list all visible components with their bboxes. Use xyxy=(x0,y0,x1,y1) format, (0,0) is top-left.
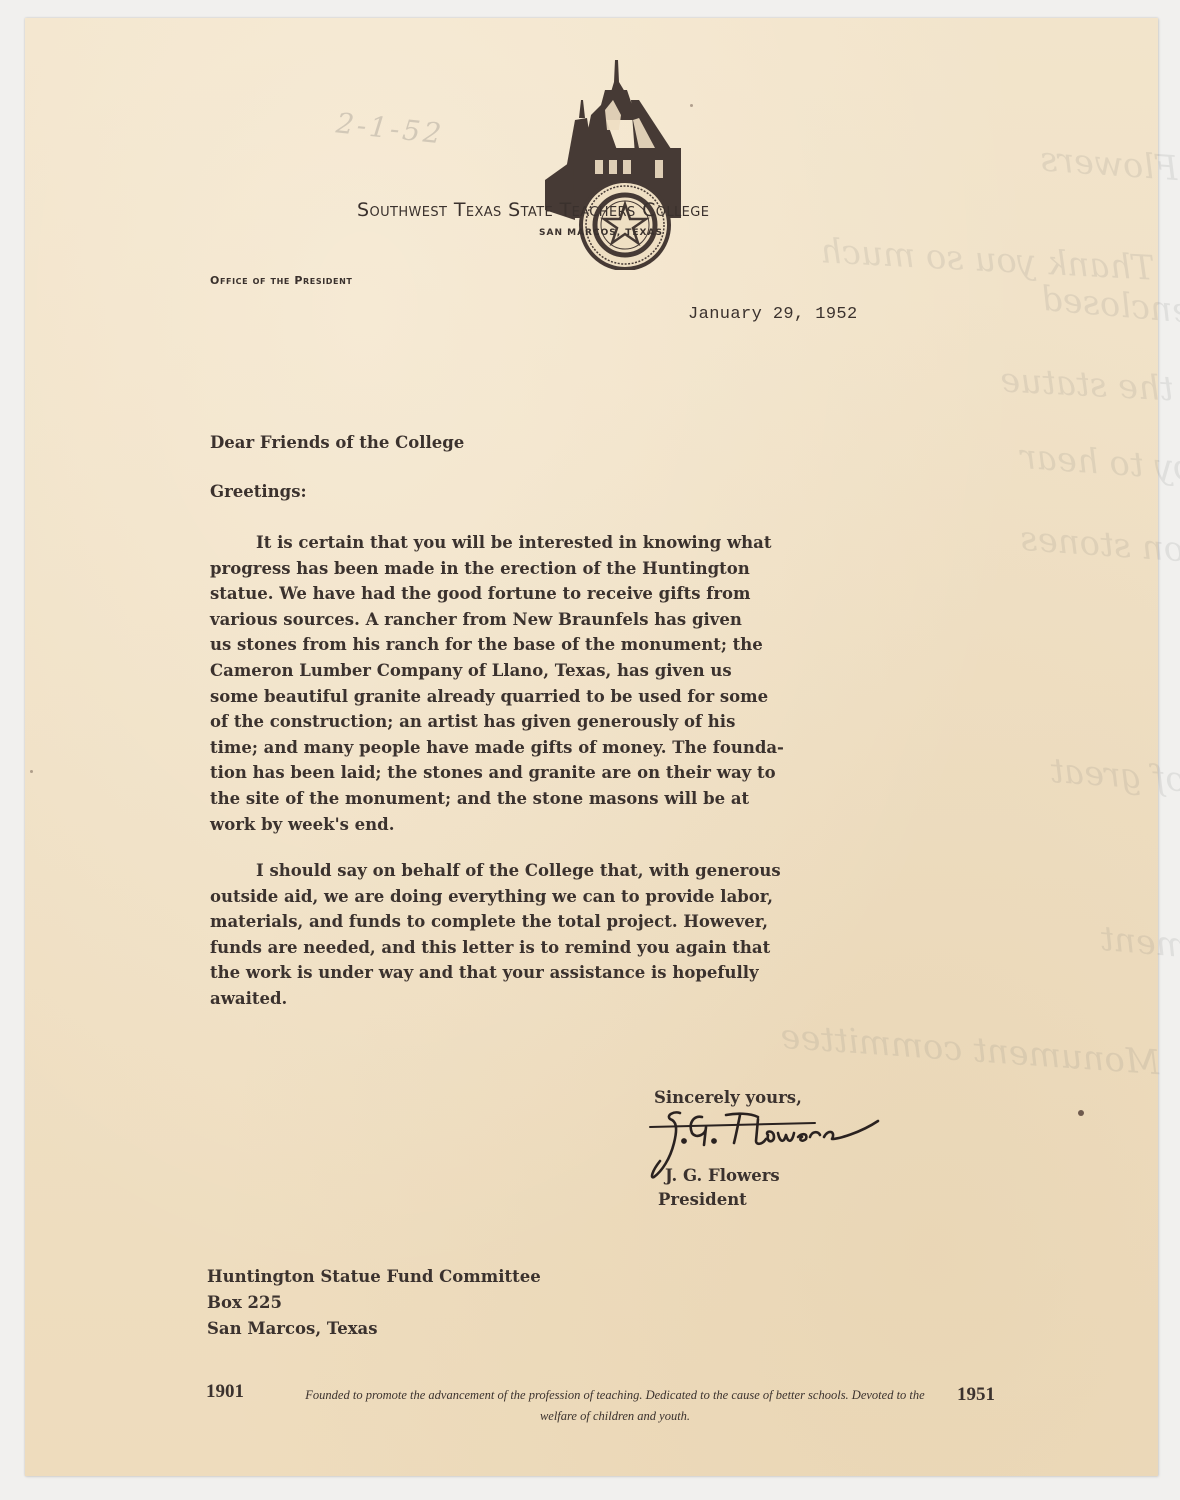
greeting: Greetings: xyxy=(210,479,307,505)
paragraph-line: materials, and funds to complete the tot… xyxy=(210,909,781,935)
signer-title: President xyxy=(658,1187,747,1213)
office-label: Office of the President xyxy=(210,274,352,287)
paragraph-line: funds are needed, and this letter is to … xyxy=(210,935,781,961)
paragraph-line: time; and many people have made gifts of… xyxy=(210,735,784,761)
address-line-3: San Marcos, Texas xyxy=(207,1316,541,1342)
paragraph-line: progress has been made in the erection o… xyxy=(210,556,784,582)
paragraph-line: the site of the monument; and the stone … xyxy=(210,786,784,812)
paper-speck xyxy=(30,770,33,773)
paragraph-line: statue. We have had the good fortune to … xyxy=(210,581,784,607)
body-paragraph-2: I should say on behalf of the College th… xyxy=(210,858,781,1012)
anniversary-year: 1951 xyxy=(957,1384,995,1406)
paragraph-line: work by week's end. xyxy=(210,812,784,838)
letter-date: January 29, 1952 xyxy=(688,305,858,324)
paper-speck xyxy=(1078,1110,1084,1116)
salutation: Dear Friends of the College xyxy=(210,430,464,456)
founding-year: 1901 xyxy=(206,1381,244,1403)
paragraph-line: Cameron Lumber Company of Llano, Texas, … xyxy=(210,658,784,684)
paragraph-line: us stones from his ranch for the base of… xyxy=(210,632,784,658)
institution-location: San Marcos, Texas xyxy=(539,228,663,238)
college-motto: Founded to promote the advancement of th… xyxy=(295,1385,935,1427)
paragraph-line: I should say on behalf of the College th… xyxy=(210,858,781,884)
paragraph-line: outside aid, we are doing everything we … xyxy=(210,884,781,910)
paragraph-line: the work is under way and that your assi… xyxy=(210,960,781,986)
college-building-seal-emblem-icon xyxy=(535,60,685,270)
paragraph-line: various sources. A rancher from New Brau… xyxy=(210,607,784,633)
paragraph-line: tion has been laid; the stones and grani… xyxy=(210,760,784,786)
paragraph-line: some beautiful granite already quarried … xyxy=(210,684,784,710)
address-line-2: Box 225 xyxy=(207,1290,541,1316)
institution-name: Southwest Texas State Teachers College xyxy=(357,199,709,221)
return-address: Huntington Statue Fund Committee Box 225… xyxy=(207,1264,541,1342)
body-paragraph-1: It is certain that you will be intereste… xyxy=(210,530,784,837)
paragraph-line: It is certain that you will be intereste… xyxy=(210,530,784,556)
signature-icon xyxy=(640,1105,885,1180)
address-line-1: Huntington Statue Fund Committee xyxy=(207,1264,541,1290)
paragraph-line: awaited. xyxy=(210,986,781,1012)
paragraph-line: of the construction; an artist has given… xyxy=(210,709,784,735)
paper-speck xyxy=(690,104,693,107)
